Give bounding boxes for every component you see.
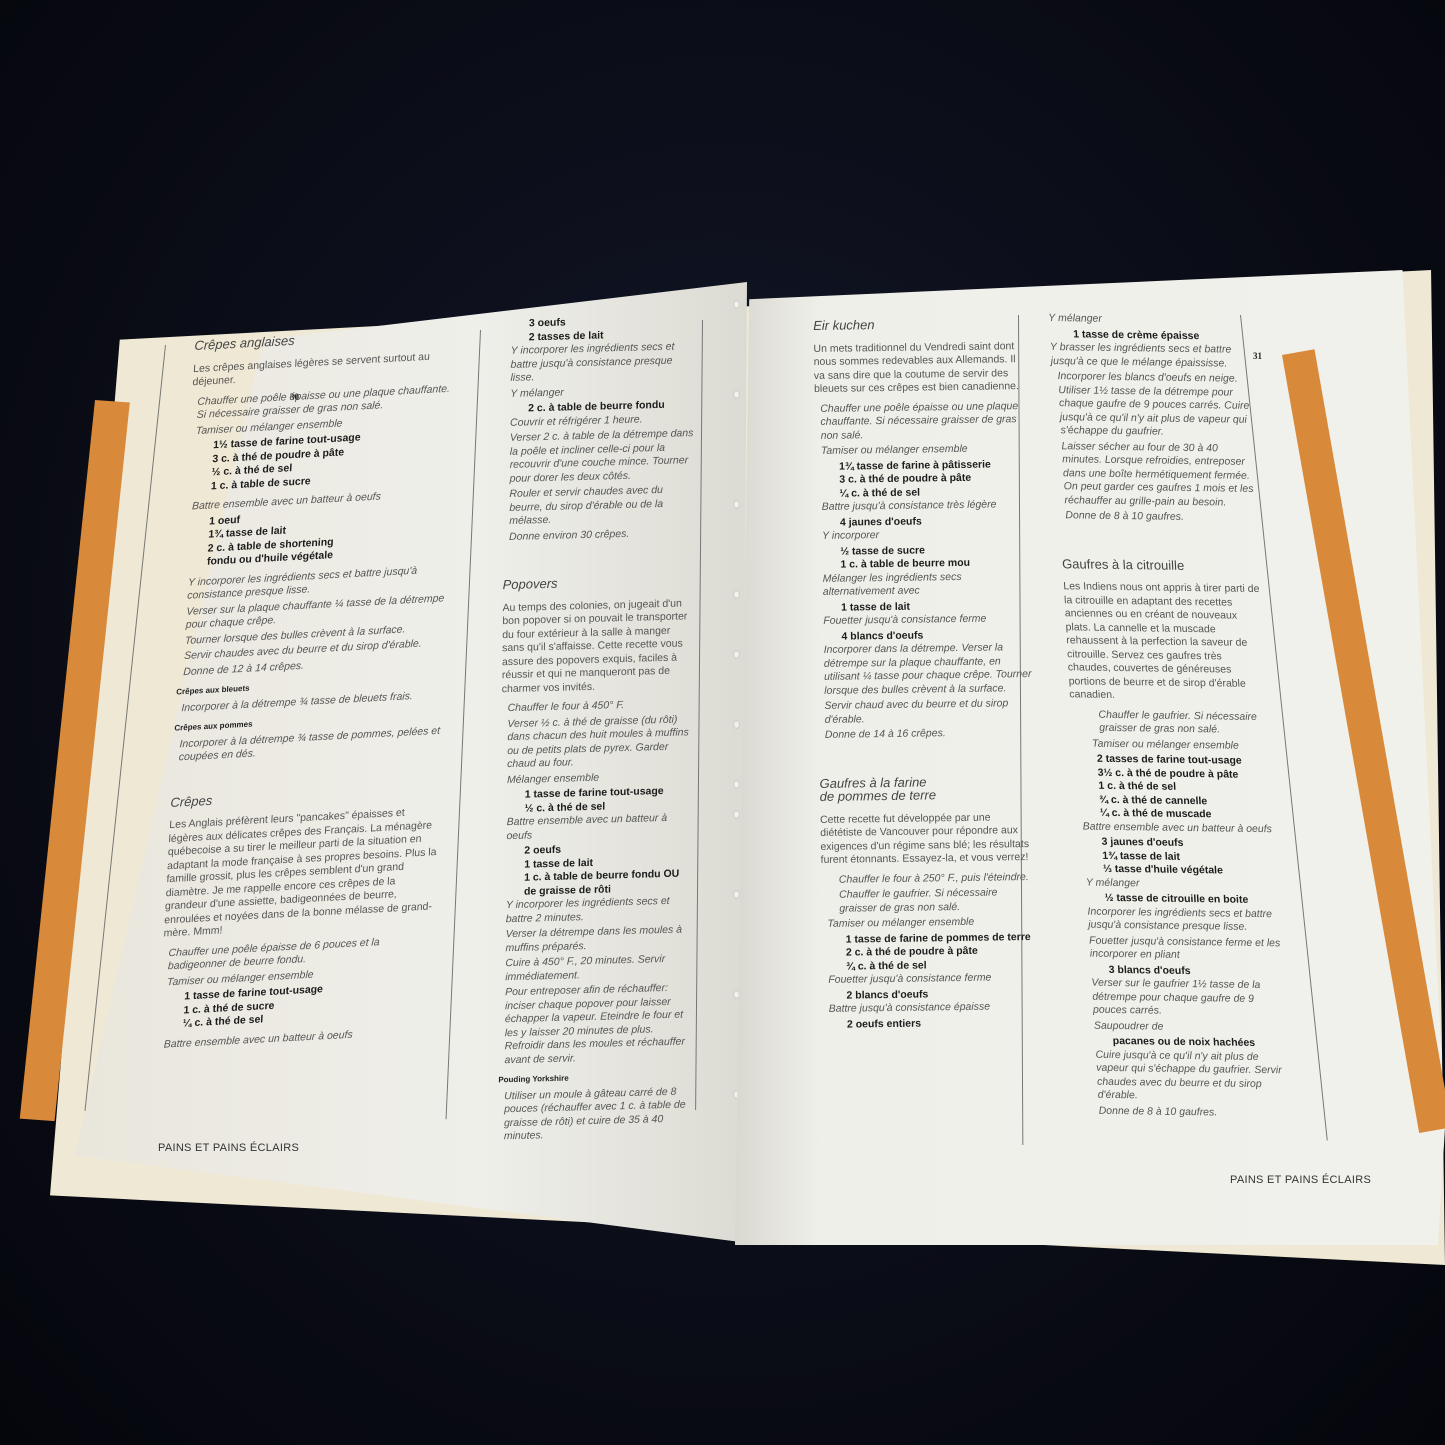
ingredient: 1 tasse de farine de pommes de terre <box>846 930 1037 946</box>
instruction: Incorporer les ingrédients secs et battr… <box>1087 905 1282 935</box>
instruction: Y mélanger <box>1086 876 1281 892</box>
instruction: Battre ensemble avec un batteur à oeufs <box>1082 820 1277 836</box>
left-section-footer: PAINS ET PAINS ÉCLAIRS <box>158 1142 299 1154</box>
instruction: Tamiser ou mélanger ensemble <box>827 915 1036 931</box>
instruction: Chauffer le gaufrier. Si nécessaire grai… <box>839 886 1036 916</box>
instruction: Fouetter jusqu'à consistance ferme <box>828 971 1037 987</box>
instruction: Battre jusqu'à consistance très légère <box>822 498 1031 514</box>
instruction: Tamiser ou mélanger ensemble <box>1092 737 1273 753</box>
left-column-2: 3 oeufs 2 tasses de lait Y incorporer le… <box>498 313 695 1146</box>
instruction: Verser sur le gaufrier 1½ tasse de la dé… <box>1091 977 1287 1020</box>
recipe-intro: Les Indiens nous ont appris à tirer part… <box>1063 580 1270 704</box>
recipe-title: de pommes de terre <box>820 787 1035 804</box>
instruction: Verser ½ c. à thé de graisse (du rôti) d… <box>507 713 691 772</box>
instruction: Verser 2 c. à table de la détrempe dans … <box>510 427 694 486</box>
recipe-intro: Cette recette fut développée par une dié… <box>820 810 1036 867</box>
recipe-yield: Donne de 14 à 16 crêpes. <box>825 726 1034 742</box>
instruction: Chauffer une poêle épaisse ou une plaque… <box>820 399 1030 442</box>
instruction: Pour entreposer afin de réchauffer: inci… <box>504 981 689 1067</box>
right-section-footer: PAINS ET PAINS ÉCLAIRS <box>1230 1174 1371 1186</box>
instruction: Incorporer les blancs d'oeufs en neige. … <box>1057 370 1255 440</box>
instruction: Tamiser ou mélanger ensemble <box>821 442 1030 458</box>
instruction: Servir chaud avec du beurre et du sirop … <box>824 697 1033 727</box>
recipe-yield: Donne de 8 à 10 gaufres. <box>1098 1104 1293 1120</box>
instruction: Fouetter jusqu'à consistance ferme <box>823 612 1032 628</box>
instruction: Battre jusqu'à consistance épaisse <box>829 1000 1038 1016</box>
instruction: Mélanger les ingrédients secs alternativ… <box>823 569 1032 599</box>
instruction: Battre ensemble avec un batteur à oeufs <box>506 811 690 843</box>
instruction: Cuire à 450° F., 20 minutes. Servir immé… <box>505 952 689 984</box>
recipe-title: Eir kuchen <box>813 316 1028 333</box>
left-column-1: Crêpes anglaises Les crêpes anglaises lé… <box>157 321 464 1054</box>
recipe-title: Popovers <box>503 573 693 591</box>
instruction: Fouetter jusqu'à consistance ferme et le… <box>1089 934 1284 964</box>
recipe-intro: Les Anglais préfèrent leurs "pancakes" é… <box>163 805 439 941</box>
instruction: Y incorporer les ingrédients secs et bat… <box>510 340 694 385</box>
open-cookbook: 30 Crêpes anglaises Les crêpes anglaises… <box>0 0 1445 1445</box>
ingredient: 2 oeufs entiers <box>847 1015 1038 1031</box>
recipe-intro: Au temps des colonies, on jugeait d'un b… <box>502 597 693 697</box>
instruction: Laisser sécher au four de 30 à 40 minute… <box>1061 440 1259 510</box>
instruction: Chauffer le four à 250° F., puis l'étein… <box>839 870 1036 886</box>
right-page-number: 31 <box>1253 351 1262 361</box>
instruction: Saupoudrer de <box>1094 1019 1289 1035</box>
recipe-intro: Un mets traditionnel du Vendredi saint d… <box>813 339 1029 396</box>
instruction: Y incorporer les ingrédients secs et bat… <box>506 894 690 926</box>
instruction: Chauffer le gaufrier. Si nécessaire grai… <box>1098 708 1271 737</box>
instruction: Incorporer dans la détrempe. Verser la d… <box>824 641 1034 698</box>
instruction: Y incorporer <box>822 527 1031 543</box>
instruction: Y brasser les ingrédients secs et battre… <box>1050 341 1251 371</box>
variant-title: Pouding Yorkshire <box>498 1068 688 1086</box>
instruction: Cuire jusqu'à ce qu'il n'y ait plus de v… <box>1095 1048 1292 1105</box>
variant-text: Utiliser un moule à gâteau carré de 8 po… <box>504 1085 688 1144</box>
instruction: Rouler et servir chaudes avec du beurre,… <box>509 483 693 528</box>
recipe-yield: Donne de 8 à 10 gaufres. <box>1065 509 1260 525</box>
recipe-title: Gaufres à la citrouille <box>1062 557 1263 573</box>
recipe-title: Crêpes anglaises <box>194 325 464 353</box>
right-column-1: Eir kuchen Un mets traditionnel du Vendr… <box>813 312 1038 1032</box>
instruction: Verser la détrempe dans les moules à muf… <box>505 923 689 955</box>
instruction: Y mélanger <box>1048 312 1249 328</box>
